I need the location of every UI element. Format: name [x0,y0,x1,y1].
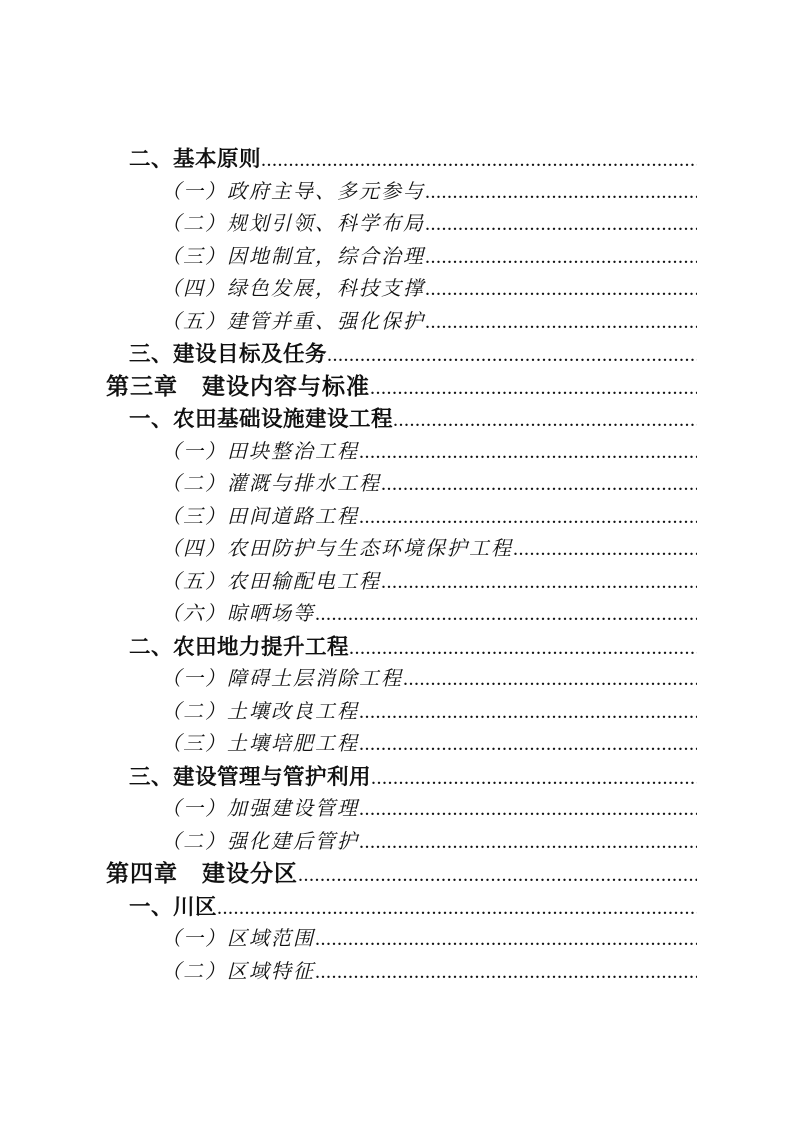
dot-leader: ........................................… [298,859,697,891]
dot-leader: ........................................… [381,468,697,501]
dot-leader: ........................................… [315,956,697,989]
dot-leader: ........................................… [359,728,697,761]
toc-entry: （三）田间道路工程 ..............................… [0,501,697,534]
toc-entry-label: （三）田间道路工程 [161,501,359,534]
dot-leader: ........................................… [513,533,697,566]
toc-entry-label: 第三章 建设内容与标准 [106,371,370,404]
toc-entry: 三、建设目标及任务 ..............................… [0,338,697,371]
dot-leader: ........................................… [393,404,697,436]
toc-entry-label: （二）强化建后管护 [161,826,359,859]
dot-leader: ........................................… [370,372,697,404]
toc-entry-label: （一）田块整治工程 [161,436,359,469]
toc-entry: 一、农田基础设施建设工程 ...........................… [0,403,697,436]
toc-entry: （三）土壤培肥工程 ..............................… [0,728,697,761]
toc-entry-label: （二）土壤改良工程 [161,696,359,729]
toc-entry: （一）障碍土层消除工程 ............................… [0,663,697,696]
toc-list: 二、基本原则 .................................… [0,143,697,988]
toc-entry: 一、川区 ...................................… [0,891,697,924]
dot-leader: ........................................… [359,793,697,826]
toc-entry: （三）因地制宜，综合治理 ...........................… [0,241,697,274]
toc-entry: 第三章 建设内容与标准 ............................… [0,371,697,404]
dot-leader: ........................................… [327,339,697,371]
toc-entry-label: 一、农田基础设施建设工程 [129,403,393,436]
toc-entry-label: 二、基本原则 [129,143,261,176]
toc-entry: （四）农田防护与生态环境保护工程 .......................… [0,533,697,566]
toc-entry-label: （四）农田防护与生态环境保护工程 [161,533,513,566]
dot-leader: ........................................… [425,273,697,306]
dot-leader: ........................................… [425,176,697,209]
dot-leader: ........................................… [359,436,697,469]
dot-leader: ........................................… [371,762,697,794]
toc-entry-label: 一、川区 [129,891,217,924]
toc-entry: （六）晾晒场等 ................................… [0,598,697,631]
toc-entry-label: （一）区域范围 [161,923,315,956]
toc-entry: （一）田块整治工程 ..............................… [0,436,697,469]
toc-entry-label: 三、建设管理与管护利用 [129,761,371,794]
toc-entry: （一）区域范围 ................................… [0,923,697,956]
toc-entry-label: （一）加强建设管理 [161,793,359,826]
toc-entry-label: 第四章 建设分区 [106,858,298,891]
dot-leader: ........................................… [261,144,697,176]
toc-entry: （四）绿色发展，科技支撑 ...........................… [0,273,697,306]
dot-leader: ........................................… [425,208,697,241]
toc-entry: （一）政府主导、多元参与 ...........................… [0,176,697,209]
toc-entry: 三、建设管理与管护利用 ............................… [0,761,697,794]
toc-entry-label: （二）灌溉与排水工程 [161,468,381,501]
toc-entry: （五）建管并重、强化保护 ...........................… [0,306,697,339]
document-page: 二、基本原则 .................................… [0,0,800,1132]
toc-entry: （二）区域特征 ................................… [0,956,697,989]
toc-entry-label: （六）晾晒场等 [161,598,315,631]
dot-leader: ........................................… [359,501,697,534]
toc-entry: （二）灌溉与排水工程 .............................… [0,468,697,501]
dot-leader: ........................................… [315,923,697,956]
toc-entry-label: （五）农田输配电工程 [161,566,381,599]
toc-entry: 二、基本原则 .................................… [0,143,697,176]
toc-entry-label: （二）规划引领、科学布局 [161,208,425,241]
dot-leader: ........................................… [425,241,697,274]
toc-entry: （二）强化建后管护 ..............................… [0,826,697,859]
dot-leader: ........................................… [217,892,697,924]
toc-entry: （一）加强建设管理 ..............................… [0,793,697,826]
toc-entry-label: 三、建设目标及任务 [129,338,327,371]
dot-leader: ........................................… [403,663,697,696]
toc-entry: （二）规划引领、科学布局 ...........................… [0,208,697,241]
dot-leader: ........................................… [425,306,697,339]
dot-leader: ........................................… [381,566,697,599]
toc-entry: （二）土壤改良工程 ..............................… [0,696,697,729]
toc-entry-label: （三）土壤培肥工程 [161,728,359,761]
toc-entry-label: （四）绿色发展，科技支撑 [161,273,425,306]
toc-entry: 第四章 建设分区 ...............................… [0,858,697,891]
dot-leader: ........................................… [359,696,697,729]
dot-leader: ........................................… [359,826,697,859]
toc-entry: 二、农田地力提升工程 .............................… [0,631,697,664]
dot-leader: ........................................… [315,598,697,631]
dot-leader: ........................................… [349,632,697,664]
toc-entry: （五）农田输配电工程 .............................… [0,566,697,599]
toc-entry-label: （五）建管并重、强化保护 [161,306,425,339]
toc-entry-label: （一）政府主导、多元参与 [161,176,425,209]
toc-entry-label: （三）因地制宜，综合治理 [161,241,425,274]
toc-entry-label: （二）区域特征 [161,956,315,989]
toc-entry-label: 二、农田地力提升工程 [129,631,349,664]
toc-entry-label: （一）障碍土层消除工程 [161,663,403,696]
